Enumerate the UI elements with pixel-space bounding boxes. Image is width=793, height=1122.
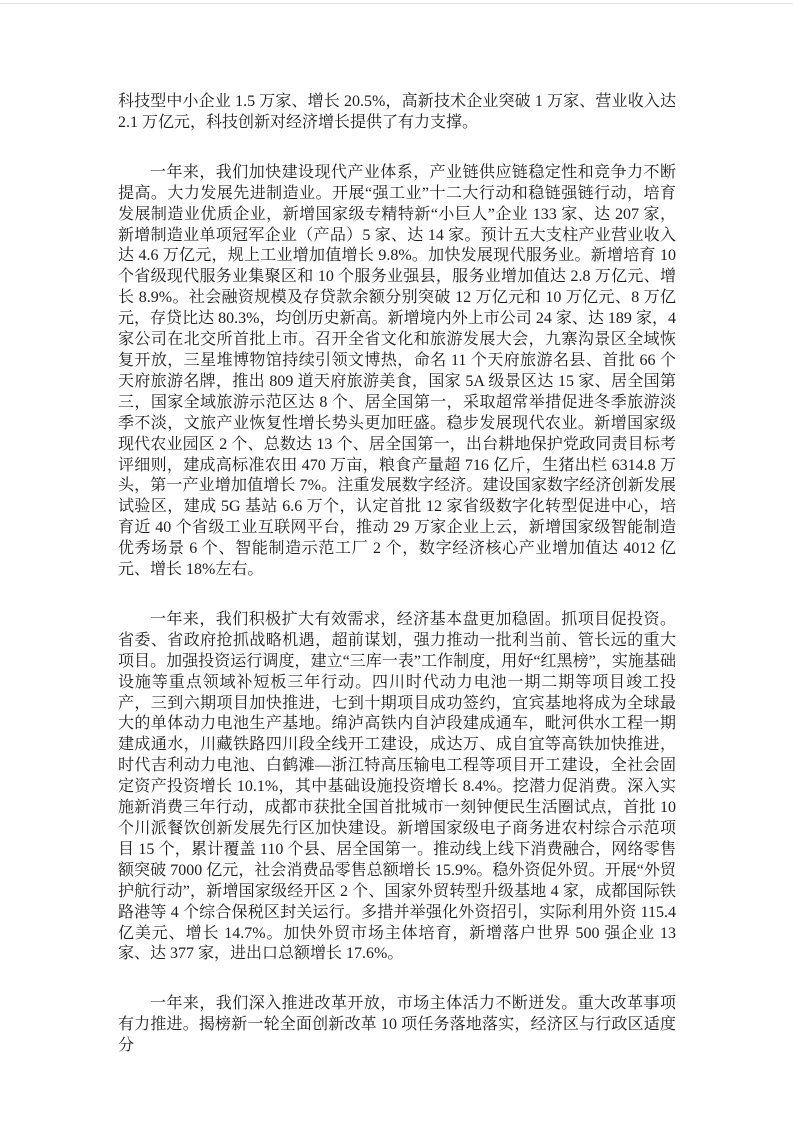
page-edge-line	[0, 3, 793, 4]
paragraph-continuation-tech-smes: 科技型中小企业 1.5 万家、增长 20.5%，高新技术企业突破 1 万家、营业…	[118, 92, 676, 134]
paragraph-modern-industry-system: 一年来，我们加快建设现代产业体系，产业链供应链稳定性和竞争力不断提高。大力发展先…	[118, 163, 676, 581]
paragraph-reform-opening: 一年来，我们深入推进改革开放，市场主体活力不断迸发。重大改革事项有力推进。揭榜新…	[118, 994, 676, 1057]
paragraph-expanding-demand: 一年来，我们积极扩大有效需求，经济基本盘更加稳固。抓项目促投资。省委、省政府抢抓…	[118, 610, 676, 965]
document-page: 科技型中小企业 1.5 万家、增长 20.5%，高新技术企业突破 1 万家、营业…	[0, 0, 793, 1122]
document-body: 科技型中小企业 1.5 万家、增长 20.5%，高新技术企业突破 1 万家、营业…	[118, 92, 676, 1086]
